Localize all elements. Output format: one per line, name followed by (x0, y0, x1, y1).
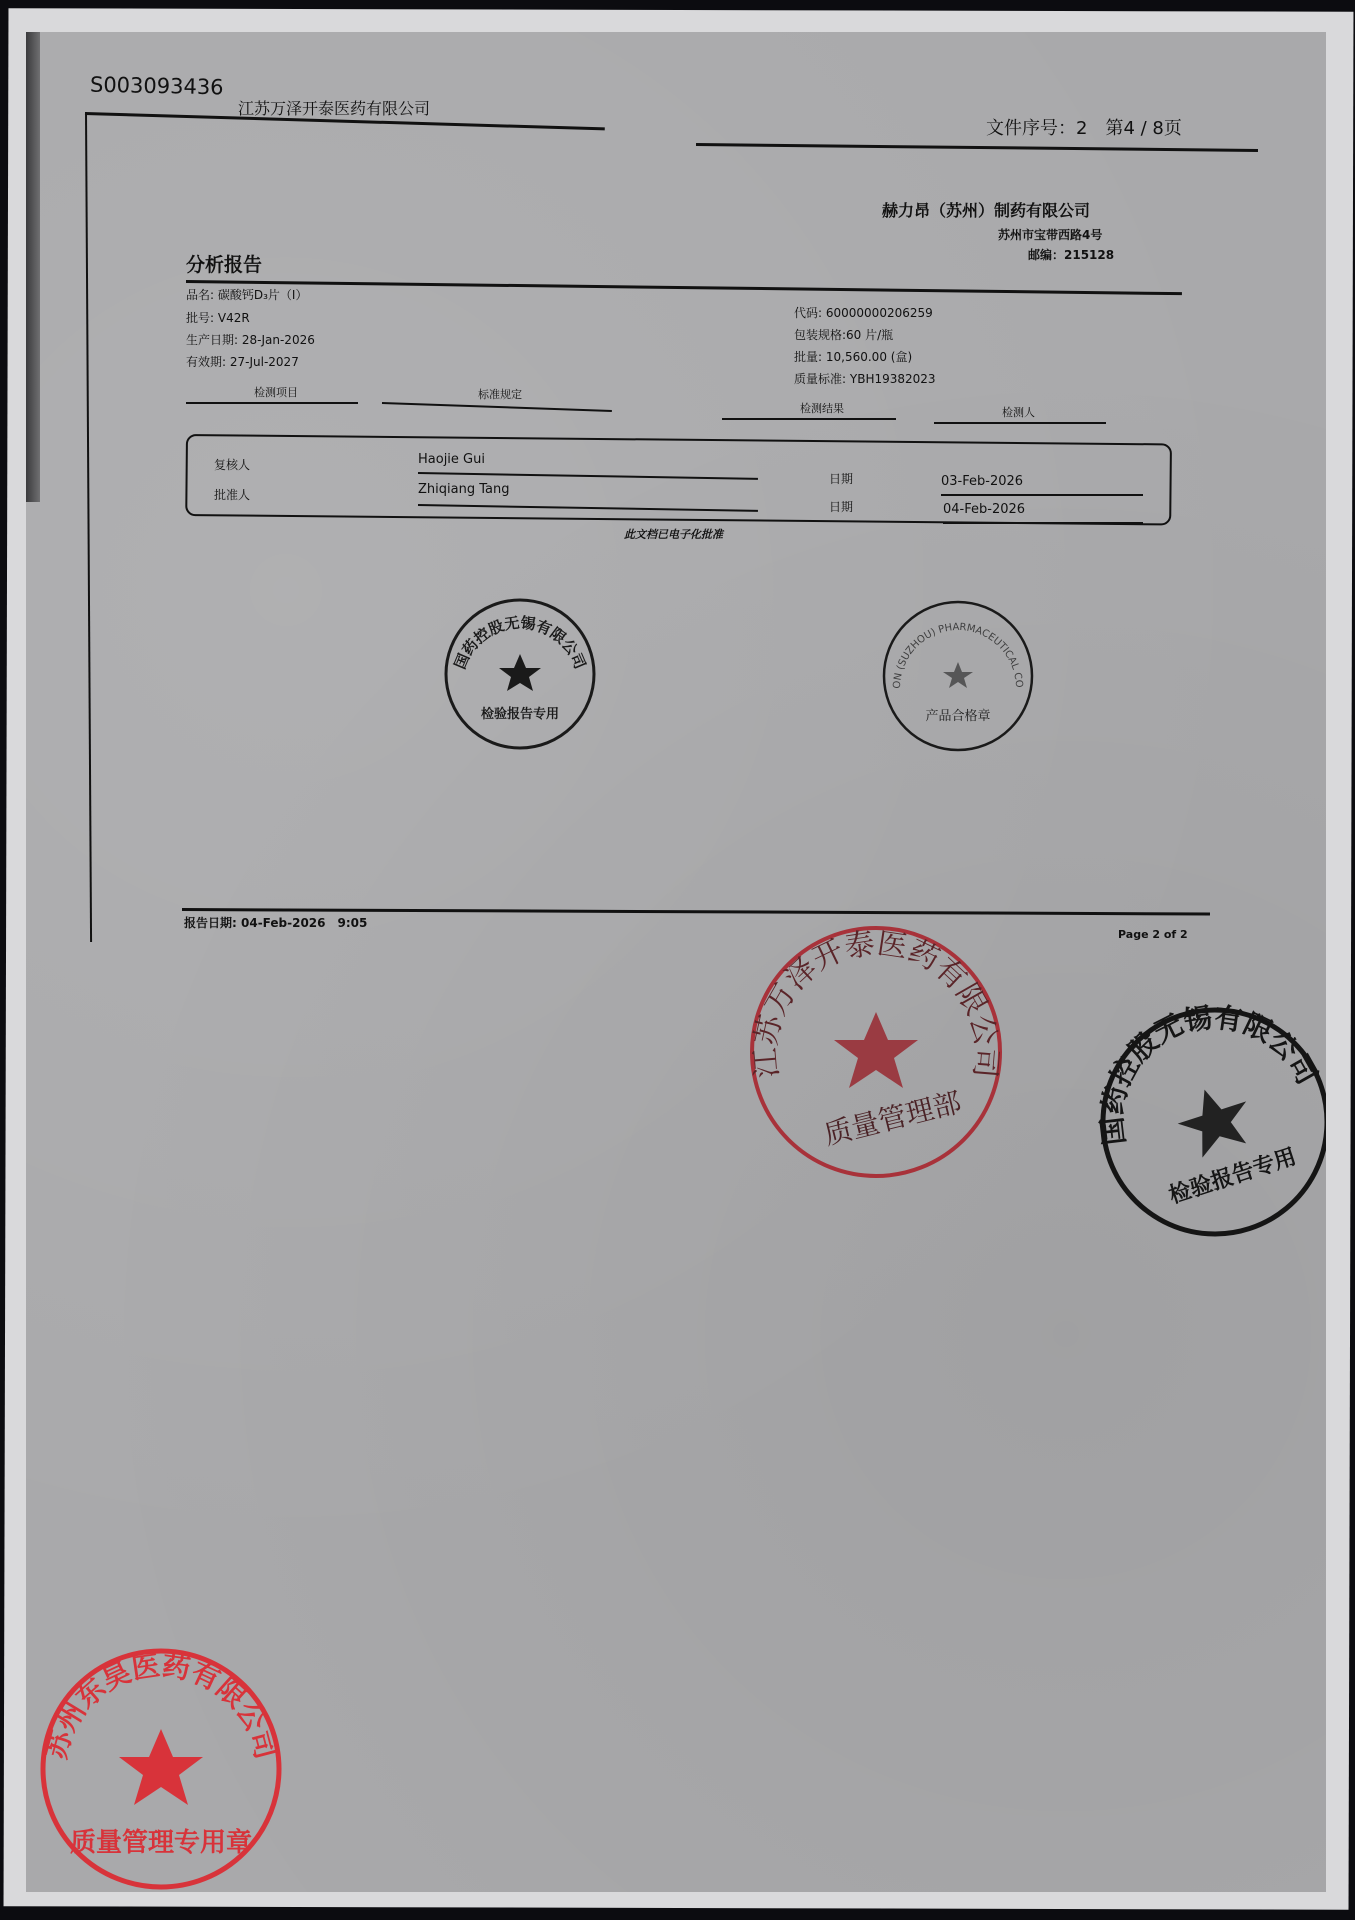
reviewer-label: 复核人 (214, 456, 250, 473)
package-spec-field: 包装规格:60 片/瓶 (794, 326, 893, 343)
manufacture-date-field: 生产日期: 28-Jan-2026 (186, 331, 315, 348)
expiry-date: 27-Jul-2027 (230, 355, 299, 369)
report-time: 9:05 (338, 916, 368, 930)
header-test-item: 检测项目 (254, 384, 298, 400)
approval-date-line (943, 522, 1143, 524)
manufacturer-postcode: 邮编：215128 (1028, 246, 1114, 263)
batch-number-field: 批号: V42R (186, 309, 250, 326)
page-number: Page 2 of 2 (1118, 928, 1188, 941)
header-standard: 标准规定 (478, 386, 522, 402)
svg-text:质量管理部: 质量管理部 (821, 1086, 965, 1152)
frame-left-line (85, 112, 92, 942)
package-spec: 60 片/瓶 (846, 328, 893, 342)
stamp-sinopharm-wuxi-report: 国药控股无锡有限公司 检验报告专用 (1100, 992, 1326, 1252)
product-name-field: 品名: 碳酸钙D₃片（I） (186, 286, 307, 303)
manufacture-date: 28-Jan-2026 (242, 333, 315, 347)
approver-label: 批准人 (214, 486, 250, 503)
header-underline-1 (186, 402, 358, 404)
report-date-value: 04-Feb-2026 (241, 916, 326, 930)
document-id: S003093436 (90, 73, 224, 100)
review-date-line (941, 494, 1143, 496)
seal-icon: HALEON (SUZHOU) PHARMACEUTICAL CO.,LTD. … (878, 596, 1038, 756)
product-code: 60000000206259 (826, 306, 933, 320)
electronic-approval-note: 此文档已电子化批准 (624, 526, 723, 542)
manufacturer-address: 苏州市宝带西路4号 (998, 226, 1102, 243)
header-underline-3 (722, 418, 896, 420)
seal-icon: 国药控股无锡有限公司 检验报告专用 (1100, 992, 1326, 1252)
product-name: 碳酸钙D₃片（I） (218, 288, 308, 302)
stamp-haleon-product-qualified: HALEON (SUZHOU) PHARMACEUTICAL CO.,LTD. … (878, 596, 1038, 756)
svg-text:产品合格章: 产品合格章 (925, 708, 990, 724)
review-date-label: 日期 (829, 470, 853, 487)
batch-number: V42R (218, 311, 250, 325)
report-title: 分析报告 (186, 250, 262, 277)
approval-date-label: 日期 (829, 498, 853, 515)
svg-text:检验报告专用: 检验报告专用 (1166, 1143, 1300, 1209)
batch-size-field: 批量: 10,560.00 (盒) (794, 348, 912, 365)
stamp-wanze-kaitai-quality: 江苏万泽开泰医药有限公司 质量管理部 (746, 922, 1006, 1182)
header-result: 检测结果 (800, 400, 844, 416)
batch-size: 10,560.00 (盒) (826, 350, 912, 364)
scanned-document-page: S003093436 江苏万泽开泰医药有限公司 文件序号：2第4 / 8页 赫力… (26, 32, 1326, 1892)
seal-icon: 国药控股无锡有限公司 检验报告专用 (440, 594, 600, 754)
expiry-date-field: 有效期: 27-Jul-2027 (186, 353, 299, 370)
file-number: 文件序号：2第4 / 8页 (986, 114, 1182, 140)
file-number-label: 文件序号： (986, 118, 1076, 139)
approver-name: Zhiqiang Tang (418, 482, 509, 497)
seal-icon: 江苏万泽开泰医药有限公司 质量管理部 (746, 922, 1006, 1182)
stamp-suzhou-donghao-quality: 苏州东昊医药有限公司 质量管理专用章 (36, 1644, 286, 1892)
svg-text:检验报告专用: 检验报告专用 (481, 706, 559, 722)
product-code-field: 代码: 60000000206259 (794, 304, 933, 321)
scan-shadow (26, 32, 40, 502)
page-indicator: 第4 / 8页 (1105, 118, 1181, 139)
quality-standard-field: 质量标准: YBH19382023 (794, 370, 936, 387)
header-underline-4 (934, 422, 1106, 424)
file-number-value: 2 (1076, 118, 1087, 139)
header-divider (696, 143, 1258, 152)
title-underline (186, 280, 1182, 295)
header-tester: 检测人 (1002, 404, 1035, 420)
reviewer-name: Haojie Gui (418, 452, 485, 467)
approval-date: 04-Feb-2026 (943, 502, 1025, 517)
header-underline-2 (382, 402, 612, 412)
quality-standard: YBH19382023 (850, 372, 936, 386)
review-date: 03-Feb-2026 (941, 474, 1023, 489)
seal-icon: 苏州东昊医药有限公司 质量管理专用章 (36, 1644, 286, 1892)
recipient-company: 江苏万泽开泰医药有限公司 (238, 96, 430, 119)
svg-text:质量管理专用章: 质量管理专用章 (70, 1827, 252, 1858)
manufacturer-name: 赫力昂（苏州）制药有限公司 (882, 198, 1090, 221)
stamp-sinopharm-inspection-small: 国药控股无锡有限公司 检验报告专用 (440, 594, 600, 754)
report-date: 报告日期: 04-Feb-20269:05 (184, 914, 367, 931)
